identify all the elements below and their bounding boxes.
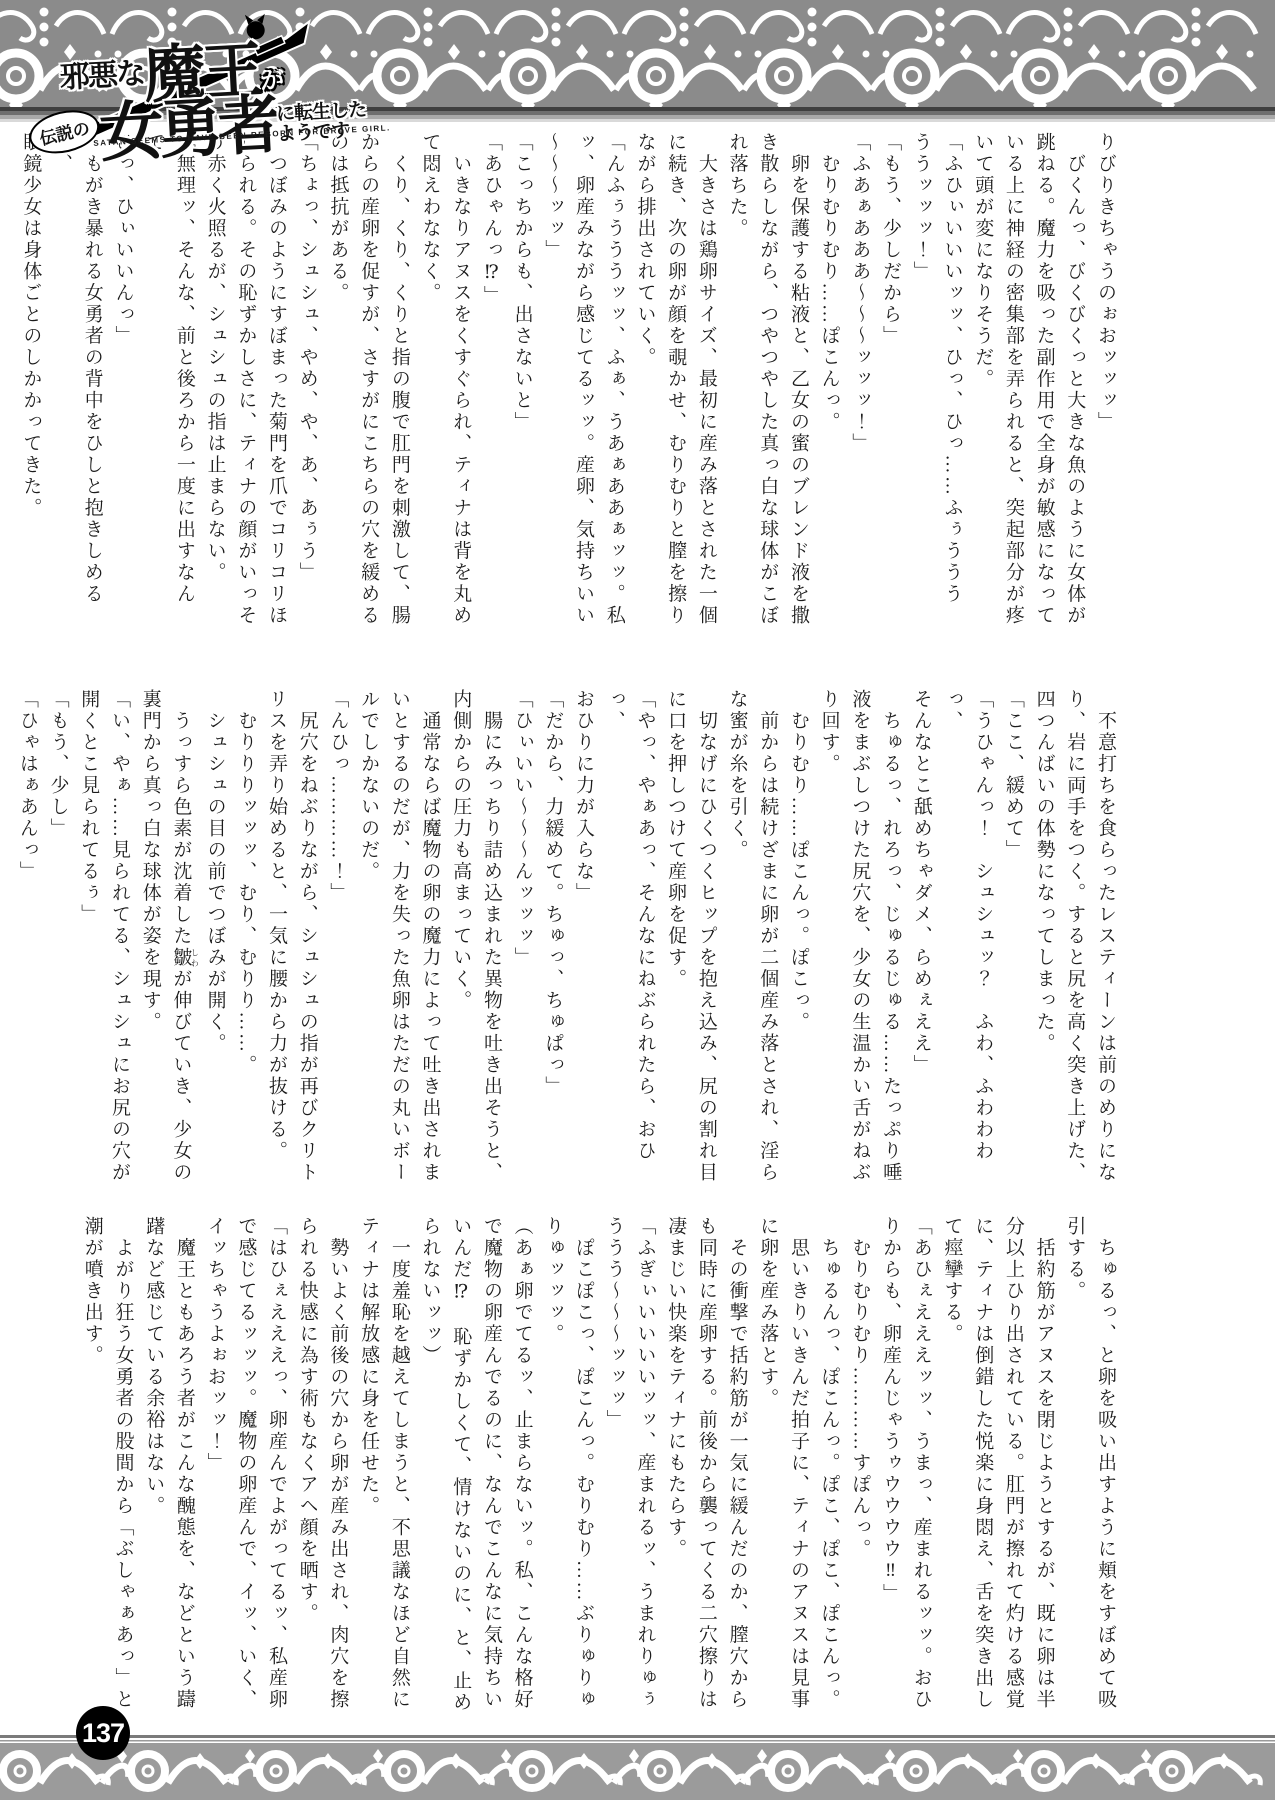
text-column: 跳ねる。魔力を吸った副作用で全身が敏感になって [1028, 132, 1059, 630]
novel-page: 邪悪な魔王が 伝説の女勇者に転生したようです SATAN SEEMS TO HA… [0, 0, 1275, 1800]
text-column: 開くとこ見られてるぅ」 [73, 689, 104, 1187]
text-column: 「ひぃいい～～～んッッッ」 [506, 689, 537, 1187]
text-column: ううう～～～ッッッ」 [598, 1216, 629, 1714]
text-column: 「ふひぃいいいッッ、ひっ、ひっ……ふぅううう [936, 132, 967, 630]
text-column: いきなりアヌスをくすぐられ、ティナは背を丸め [445, 132, 476, 630]
text-column: 勢いよく前後の穴から卵が産み出され、肉穴を擦 [322, 1216, 353, 1714]
text-column: もがき暴れる女勇者の背中をひしと抱きしめると、 [45, 132, 106, 630]
text-column: りびりきちゃうのぉおッッッ」 [1089, 132, 1120, 630]
text-band-1: りびりきちゃうのぉおッッッ」 びくんっ、びくびくっと大きな魚のように女体が跳ねる… [74, 132, 1120, 630]
text-column: ぽこぽこっ、ぽこんっ。むりむり……ぶりゅりゅ [567, 1216, 598, 1714]
text-column: 凄まじい快楽をティナにもたらす。 [659, 1216, 690, 1714]
text-column: むりりりッッッ、むり、むりり……。 [230, 689, 261, 1187]
text-column: 「んふぅうううッッ、ふぁ、うあぁああぁッッ。私 [598, 132, 629, 630]
text-column: いて頭が変になりそうだ。 [966, 132, 997, 630]
text-column: ちゅるんっ、ぽこんっ。ぽこ、ぽこ、ぽこんっ。 [813, 1216, 844, 1714]
text-column: に口を押しつけて産卵を促す。 [659, 689, 690, 1187]
logo-bubble-densetsu: 伝説の [25, 104, 103, 160]
logo-word-onna-yuusha: 女勇者 [98, 88, 279, 169]
text-column: くり、くり、くりと指の腹で肛門を刺激して、腸 [383, 132, 414, 630]
text-column: そんなとこ舐めちゃダメ、らめぇええ」 [905, 689, 936, 1187]
text-column: 「ひゃはぁあんっ」 [11, 689, 42, 1187]
text-column: のは抵抗がある。 [322, 132, 353, 630]
text-column: に続き、次の卵が顔を覗かせ、むりむりと膣を擦り [659, 132, 690, 630]
text-column: 「あひゃんっ⁉」 [475, 132, 506, 630]
text-column: むりむり……ぽこんっ。ぽこっ。 [782, 689, 813, 1187]
text-column: り、岩に両手をつく。すると尻を高く突き上げた、 [1059, 689, 1090, 1187]
text-column: も同時に産卵する。前後から襲ってくる二穴擦りは [690, 1216, 721, 1714]
text-column: つぼみのようにすぼまった菊門を爪でコリコリほ [260, 132, 291, 630]
text-column: 「はひぇえええっ、卵産んでよがってるッ、私産卵 [260, 1216, 291, 1714]
text-column: ～～～ッッ」 [537, 132, 568, 630]
text-column: 「うひゃんっ！ シュシュッ？ ふわ、ふわわわっ、 [936, 689, 997, 1187]
text-column: 液をまぶしつけた尻穴を、少女の生温かい舌がねぶ [844, 689, 875, 1187]
text-column: うっすら色素が沈着した皺しわが伸びていき、少女の [165, 689, 199, 1187]
text-column: 四つんばいの体勢になってしまった。 [1028, 689, 1059, 1187]
text-column: 前からは続けざまに卵が二個産み落とされ、淫ら [752, 689, 783, 1187]
text-column: いとするのだが、力を失った魚卵はただの丸いボー [383, 689, 414, 1187]
text-band-2: 不意打ちを食らったレスティーンは前のめりになり、岩に両手をつく。すると尻を高く突… [74, 689, 1120, 1187]
text-column: りからも、卵産んじゃうゥウウウウ‼」 [874, 1216, 905, 1714]
text-column: ながら排出されていく。 [629, 132, 660, 630]
text-column: 眼鏡少女は身体ごとのしかかってきた。 [15, 132, 46, 630]
text-column: で感じてるッッッ。魔物の卵産んで、イッ、いく、 [230, 1216, 261, 1714]
text-column: 「こっちからも、出さないと」 [506, 132, 537, 630]
text-column: りゅッッッ。 [537, 1216, 568, 1714]
text-column: 卵を保護する粘液と、乙女の蜜のブレンド液を撒 [782, 132, 813, 630]
text-column: 引する。 [1059, 1216, 1090, 1714]
text-column: むりむりむり……ぽこんっ。 [813, 132, 844, 630]
text-column: 「い、やぁ……見られてる、シュシュにお尻の穴が [103, 689, 134, 1187]
text-column: られる快感に為す術もなくアヘ顔を晒す。 [291, 1216, 322, 1714]
page-number: 137 [82, 1718, 124, 1749]
text-column: ッ、卵産みながら感じてるッッ。産卵、気持ちいい [567, 132, 598, 630]
text-column: 裏門から真っ白な球体が姿を現す。 [134, 689, 165, 1187]
text-column: れ落ちた。 [721, 132, 752, 630]
text-column: 「ふぎぃいいいいッッ、産まれるッ、うまれりゅぅ [629, 1216, 660, 1714]
text-column: 「ふあぁあああ～～～ッッッ！」 [844, 132, 875, 630]
text-column: ちゅるっ、と卵を吸い出すように頬をすぼめて吸 [1089, 1216, 1120, 1714]
text-column: 腸にみっちり詰め込まれた異物を吐き出そうと、 [475, 689, 506, 1187]
text-column: ちゅるっ、れろっ、じゅるじゅる……たっぷり唾 [874, 689, 905, 1187]
text-column: て痙攣する。 [936, 1216, 967, 1714]
text-column: き散らしながら、つやつやした真っ白な球体がこぼ [752, 132, 783, 630]
text-column: ううッッッ！」 [905, 132, 936, 630]
text-column: ひっ、ひぃいいんっ」 [107, 132, 138, 630]
text-column: 「ここ、緩めて」 [997, 689, 1028, 1187]
text-column: な蜜が糸を引く。 [721, 689, 752, 1187]
text-column: 「やっ、やぁあっ、そんなにねぶられたら、おひっ、 [598, 689, 659, 1187]
text-column: ルでしかないのだ。 [352, 689, 383, 1187]
text-column: 大きさは鶏卵サイズ、最初に産み落とされた一個 [690, 132, 721, 630]
text-column: いんだ⁉ 恥ずかしくて、情けないのに、と、止め [445, 1216, 476, 1714]
text-column: 通常ならば魔物の卵の魔力によって吐き出されま [414, 689, 445, 1187]
text-column: 「もう、少しだから」 [874, 132, 905, 630]
text-column: いる上に神経の密集部を弄られると、突起部分が疼 [997, 132, 1028, 630]
text-column: むりむりむり…………すぽんっ。 [844, 1216, 875, 1714]
text-column: イッちゃうよぉおッッ！」 [199, 1216, 230, 1714]
text-column: （あぁ卵でてるッ、止まらないッ。私、こんな格好 [506, 1216, 537, 1714]
text-column: 不意打ちを食らったレスティーンは前のめりにな [1089, 689, 1120, 1187]
text-column: られないッッ） [414, 1216, 445, 1714]
page-number-badge: 137 [76, 1706, 130, 1760]
text-column: 一度羞恥を越えてしまうと、不思議なほど自然に [383, 1216, 414, 1714]
text-column: 「無理ッ、そんな、前と後ろから一度に出すなんて、 [138, 132, 199, 630]
text-column: て悶えわななく。 [414, 132, 445, 630]
text-column: リスを弄り始めると、一気に腰から力が抜ける。 [260, 689, 291, 1187]
text-column: その衝撃で括約筋が一気に緩んだのか、膣穴から [721, 1216, 752, 1714]
text-column: 「もう、少し」 [42, 689, 73, 1187]
text-column: ティナは解放感に身を任せた。 [352, 1216, 383, 1714]
text-column: 分以上ひり出されている。肛門が擦れて灼ける感覚 [997, 1216, 1028, 1714]
text-column: 「だから、力緩めて。ちゅっ、ちゅぱっ」 [537, 689, 568, 1187]
text-column: で魔物の卵産んでるのに、なんでこんなに気持ちい [475, 1216, 506, 1714]
text-column: 切なげにひくつくヒップを抱え込み、尻の割れ目 [690, 689, 721, 1187]
text-column: からの産卵を促すが、さすがにこちらの穴を緩める [352, 132, 383, 630]
text-column: に、ティナは倒錯した悦楽に身悶え、舌を突き出し [966, 1216, 997, 1714]
text-column: 「あひぇえええッッ、うまっ、産まれるッッ。おひ [905, 1216, 936, 1714]
series-logo-header: 邪悪な魔王が 伝説の女勇者に転生したようです SATAN SEEMS TO HA… [17, 0, 354, 155]
text-column: 内側からの圧力も高まっていく。 [445, 689, 476, 1187]
text-column: り回す。 [813, 689, 844, 1187]
text-column: 括約筋がアヌスを閉じようとするが、既に卵は半 [1028, 1216, 1059, 1714]
text-column: 尻穴をねぶりながら、シュシュの指が再びクリト [291, 689, 322, 1187]
text-column: 躇など感じている余裕はない。 [138, 1216, 169, 1714]
text-column: 魔王ともあろう者がこんな醜態を、などという躊 [168, 1216, 199, 1714]
text-column: 思いきりいきんだ拍子に、ティナのアヌスは見事 [782, 1216, 813, 1714]
text-column: よがり狂う女勇者の股間から「ぶしゃぁあっ」と [107, 1216, 138, 1714]
logo-line-2: 伝説の女勇者に転生したようです [26, 69, 368, 179]
text-column: う赤く火照るが、シュシュの指は止まらない。 [199, 132, 230, 630]
text-column: シュシュの目の前でつぼみが開く。 [199, 689, 230, 1187]
logo-suffix: に転生したようです [276, 101, 368, 146]
text-column: に卵を産み落とす。 [752, 1216, 783, 1714]
text-column: 「んひっ…………！」 [322, 689, 353, 1187]
bottom-ornament-border [0, 1735, 1275, 1800]
text-column: おひりに力が入らな」 [567, 689, 598, 1187]
text-column: びくんっ、びくびくっと大きな魚のように女体が [1059, 132, 1090, 630]
text-column: じられる。その恥ずかしさに、ティナの顔がいっそ [230, 132, 261, 630]
text-column: 潮が噴き出す。 [76, 1216, 107, 1714]
text-band-3: ちゅるっ、と卵を吸い出すように頬をすぼめて吸引する。 括約筋がアヌスを閉じようと… [74, 1216, 1120, 1714]
text-column: 「ちょっ、シュシュ、やめ、や、あ、あぅう」 [291, 132, 322, 630]
